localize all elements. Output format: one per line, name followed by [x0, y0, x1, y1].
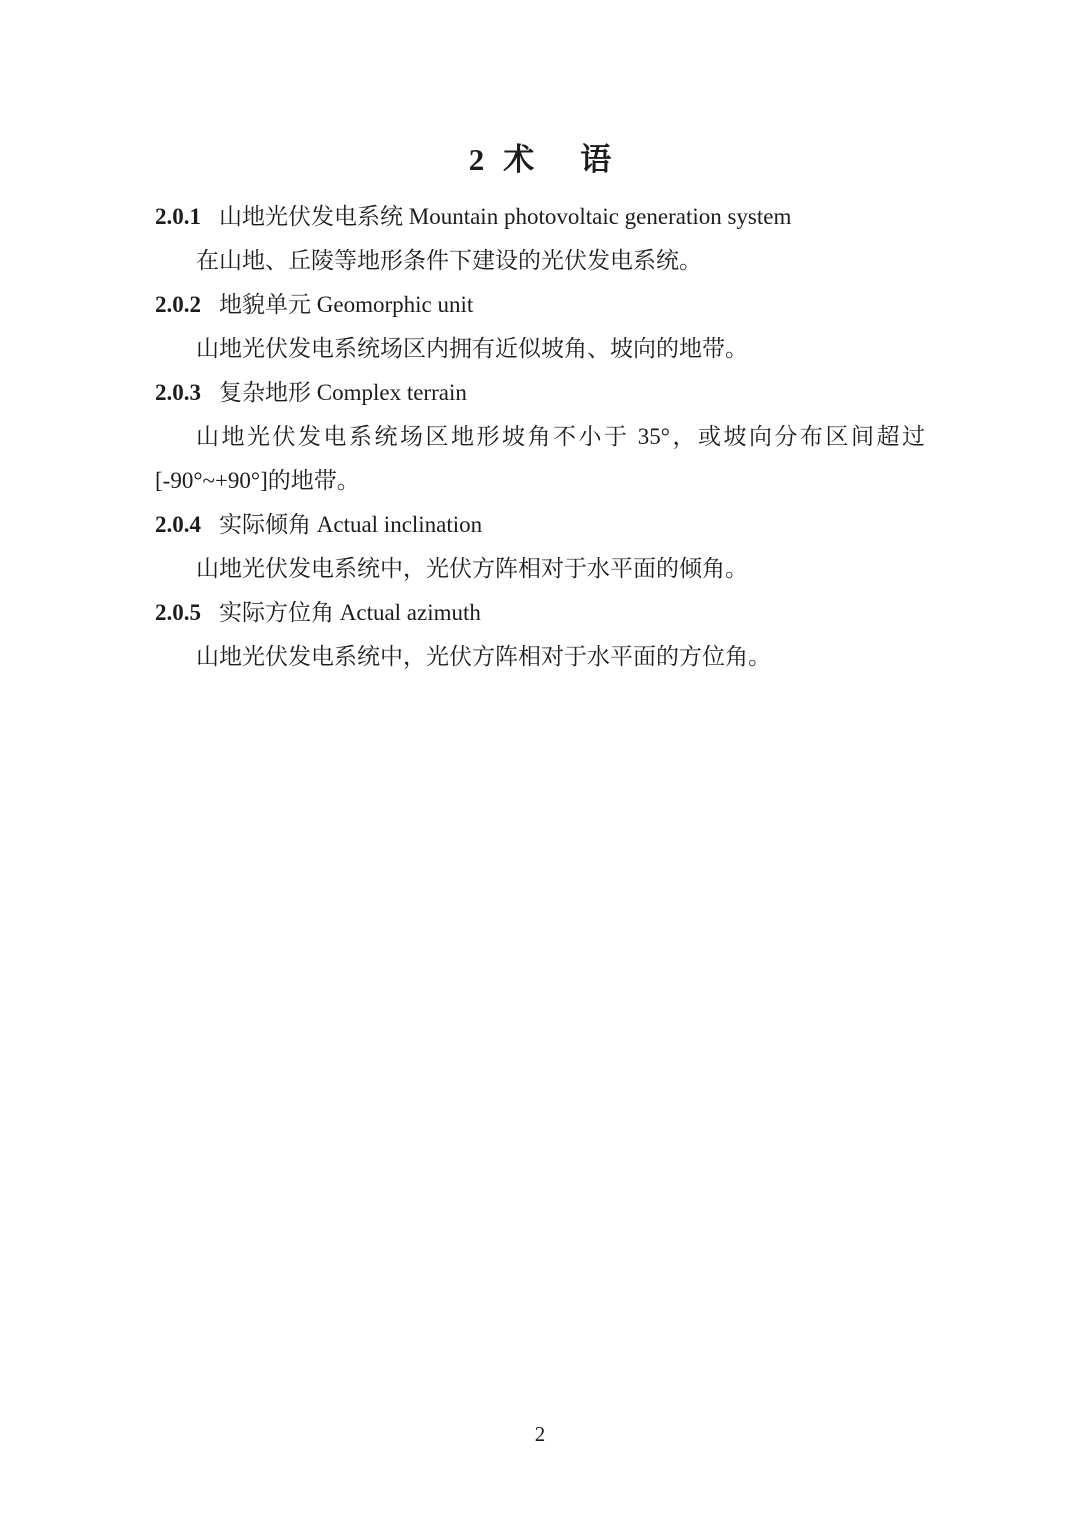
term-definition-2-0-5: 山地光伏发电系统中，光伏方阵相对于水平面的方位角。	[155, 635, 925, 679]
term-number: 2.0.4	[155, 512, 201, 537]
term-text: 复杂地形 Complex terrain	[219, 380, 467, 405]
term-number: 2.0.3	[155, 380, 201, 405]
chapter-number: 2	[469, 138, 485, 182]
term-entry-2-0-5: 2.0.5实际方位角 Actual azimuth	[155, 591, 925, 635]
term-definition-2-0-1: 在山地、丘陵等地形条件下建设的光伏发电系统。	[155, 239, 925, 283]
chapter-title-char-2: 语	[580, 138, 611, 182]
term-definition-2-0-3: 山地光伏发电系统场区地形坡角不小于 35°，或坡向分布区间超过[-90°~+90…	[155, 415, 925, 503]
term-number: 2.0.5	[155, 600, 201, 625]
chapter-title-char-1: 术	[503, 138, 534, 182]
term-text: 实际倾角 Actual inclination	[219, 512, 482, 537]
term-number: 2.0.2	[155, 292, 201, 317]
term-text: 地貌单元 Geomorphic unit	[219, 292, 473, 317]
term-entry-2-0-3: 2.0.3复杂地形 Complex terrain	[155, 371, 925, 415]
page-number: 2	[0, 1420, 1080, 1448]
term-entry-2-0-1: 2.0.1山地光伏发电系统 Mountain photovoltaic gene…	[155, 195, 925, 239]
term-text: 实际方位角 Actual azimuth	[219, 600, 481, 625]
page-content: 2 术 语 2.0.1山地光伏发电系统 Mountain photovoltai…	[0, 0, 1080, 679]
term-text: 山地光伏发电系统 Mountain photovoltaic generatio…	[219, 204, 791, 229]
document-page: 2 术 语 2.0.1山地光伏发电系统 Mountain photovoltai…	[0, 0, 1080, 1528]
chapter-title: 2 术 语	[155, 138, 925, 182]
term-entry-2-0-2: 2.0.2地貌单元 Geomorphic unit	[155, 283, 925, 327]
term-entry-2-0-4: 2.0.4实际倾角 Actual inclination	[155, 503, 925, 547]
term-definition-2-0-2: 山地光伏发电系统场区内拥有近似坡角、坡向的地带。	[155, 327, 925, 371]
term-definition-2-0-4: 山地光伏发电系统中，光伏方阵相对于水平面的倾角。	[155, 547, 925, 591]
term-number: 2.0.1	[155, 204, 201, 229]
